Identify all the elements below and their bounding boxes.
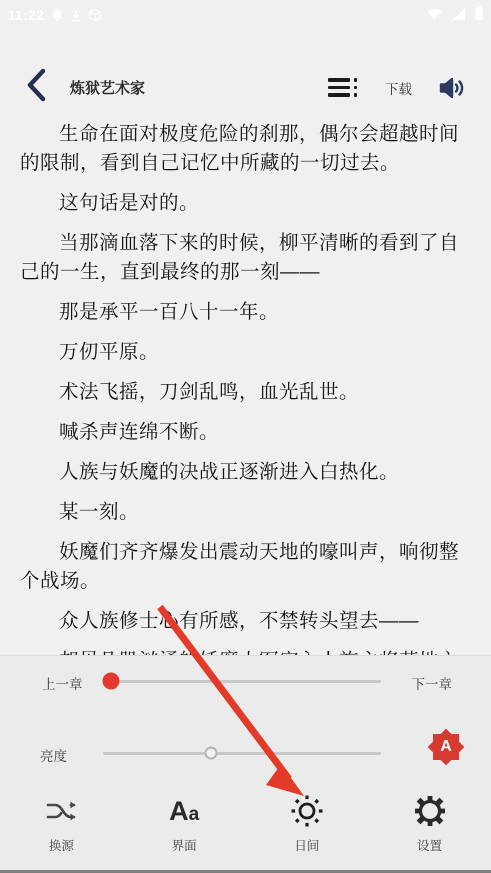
brightness-row: 亮度 (0, 738, 491, 768)
novel-paragraph: 某一刻。 (20, 498, 471, 527)
read-aloud-button[interactable] (438, 75, 465, 101)
reader-header: 炼狱艺术家 下载 (0, 60, 491, 115)
font-badge-letter: A (429, 730, 463, 764)
chapter-progress-slider[interactable] (103, 666, 381, 696)
novel-paragraph: 众人族修士心有所感，不禁转头望去—— (20, 607, 471, 636)
nav-item-change-source[interactable]: 换源 (0, 786, 123, 866)
download-arrow-icon (70, 9, 82, 22)
chapter-slider-track (103, 680, 381, 683)
status-right-icons (422, 6, 483, 25)
back-button[interactable] (26, 70, 56, 106)
next-chapter-button[interactable]: 下一章 (412, 673, 453, 693)
font-size-badge-button[interactable]: A (429, 730, 463, 764)
novel-paragraph: 人族与妖魔的决战正逐渐进入白热化。 (20, 458, 471, 487)
clock: 11:22 (8, 8, 44, 23)
nav-label: 换源 (49, 836, 74, 854)
download-button[interactable]: 下载 (385, 78, 412, 98)
nav-item-day-mode[interactable]: 日间 (246, 786, 369, 866)
nav-label: 日间 (294, 836, 319, 854)
book-title: 炼狱艺术家 (70, 77, 328, 98)
brightness-slider-thumb[interactable] (205, 747, 218, 760)
novel-paragraph: 喊杀声连绵不断。 (20, 418, 471, 447)
chapter-slider-thumb[interactable] (103, 673, 120, 690)
font-size-icon: Aa (169, 792, 199, 830)
wifi-icon (427, 8, 442, 20)
chapter-list-button[interactable] (328, 74, 358, 101)
brightness-slider[interactable] (103, 738, 381, 768)
nav-item-interface[interactable]: Aa 界面 (123, 786, 246, 866)
reader-app-screen: 11:22 炼狱艺术家 (0, 0, 491, 873)
table-of-contents-icon (328, 78, 358, 97)
novel-paragraph: 万仞平原。 (20, 338, 471, 367)
novel-paragraph: 妖魔们齐齐爆发出震动天地的嚎叫声，响彻整个战场。 (20, 538, 471, 596)
novel-paragraph: 这句话是对的。 (20, 189, 471, 218)
navigation-hint-bar (0, 870, 491, 873)
cellular-signal-icon (452, 8, 466, 20)
novel-paragraph: 术法飞摇，刀剑乱鸣，血光乱世。 (20, 378, 471, 407)
brightness-label: 亮度 (40, 745, 67, 765)
brightness-slider-track (103, 752, 381, 755)
gear-icon (413, 792, 447, 830)
chapter-navigation-row: 上一章 下一章 (0, 666, 491, 696)
nav-label: 设置 (417, 836, 442, 854)
battery-icon (475, 6, 483, 20)
nav-item-settings[interactable]: 设置 (368, 786, 491, 866)
reader-settings-panel: 上一章 下一章 亮度 A (0, 655, 491, 873)
speaker-icon (438, 88, 465, 105)
sun-icon (290, 792, 324, 830)
novel-paragraph: 当那滴血落下来的时候，柳平清晰的看到了自己的一生，直到最终的那一刻—— (20, 229, 471, 287)
status-bar: 11:22 (0, 0, 491, 30)
novel-paragraph: 那是承平一百八十一年。 (20, 298, 471, 327)
prev-chapter-button[interactable]: 上一章 (42, 673, 83, 693)
novel-paragraph: 生命在面对极度危险的刹那，偶尔会超越时间的限制，看到自己记忆中所藏的一切过去。 (20, 120, 471, 178)
nav-label: 界面 (172, 836, 197, 854)
shuffle-icon (43, 792, 79, 830)
panel-nav-row: 换源 Aa 界面 (0, 786, 491, 866)
notification-bell-icon (51, 8, 64, 22)
cube-icon (88, 8, 102, 22)
back-chevron-icon (26, 68, 46, 107)
